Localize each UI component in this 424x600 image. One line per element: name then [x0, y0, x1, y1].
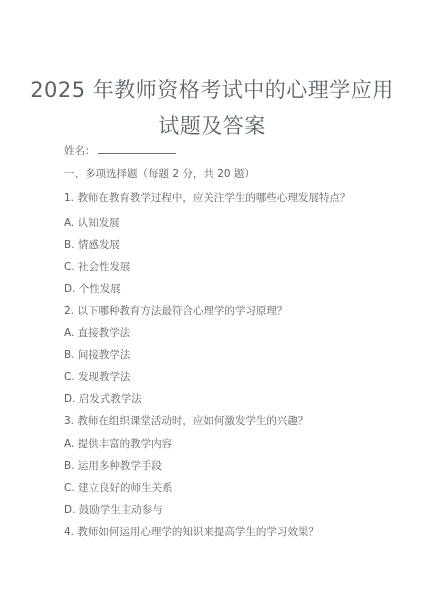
- question-1-option-d: D. 个性发展: [64, 282, 121, 296]
- question-1-option-c: C. 社会性发展: [64, 260, 131, 274]
- name-blank-line: [98, 143, 176, 154]
- document-title-line2: 试题及答案: [0, 110, 424, 140]
- name-label: 姓名：: [64, 145, 96, 157]
- section-heading: 一、多项选择题（每题 2 分，共 20 题）: [64, 167, 255, 181]
- question-3-option-d: D. 鼓励学生主动参与: [64, 503, 163, 517]
- question-2: 2. 以下哪种教育方法最符合心理学的学习原理？: [64, 304, 287, 318]
- question-2-option-c: C. 发现教学法: [64, 370, 131, 384]
- question-4: 4. 教师如何运用心理学的知识来提高学生的学习效果？: [64, 525, 319, 539]
- question-3-option-c: C. 建立良好的师生关系: [64, 481, 173, 495]
- question-3: 3. 教师在组织课堂活动时，应如何激发学生的兴趣？: [64, 414, 308, 428]
- document-title-line1: 2025 年教师资格考试中的心理学应用: [0, 74, 424, 104]
- question-2-option-b: B. 间接教学法: [64, 348, 130, 362]
- question-2-option-a: A. 直接教学法: [64, 326, 130, 340]
- question-1-option-b: B. 情感发展: [64, 238, 120, 252]
- name-field: 姓名：: [64, 143, 176, 158]
- question-2-option-d: D. 启发式教学法: [64, 392, 142, 406]
- question-3-option-b: B. 运用多种教学手段: [64, 459, 162, 473]
- question-1-option-a: A. 认知发展: [64, 216, 120, 230]
- question-1: 1. 教师在教育教学过程中，应关注学生的哪些心理发展特点？: [64, 191, 350, 205]
- question-3-option-a: A. 提供丰富的教学内容: [64, 437, 172, 451]
